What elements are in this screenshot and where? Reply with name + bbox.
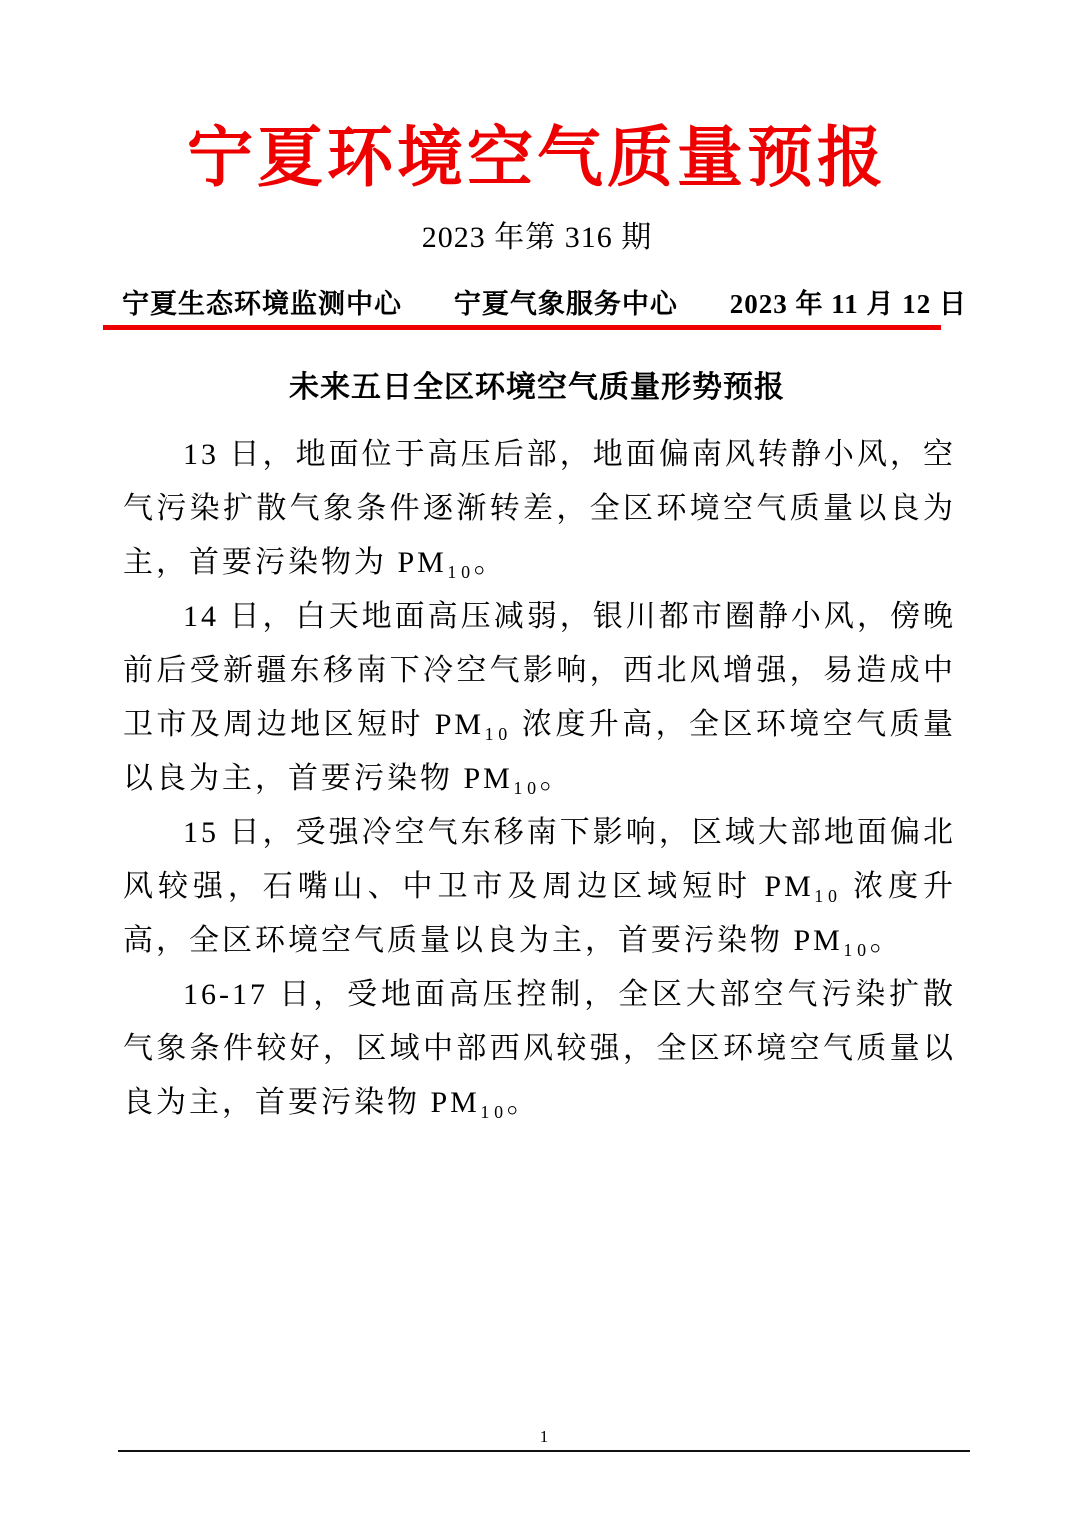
forecast-paragraph-day14: 14 日，白天地面高压减弱，银川都市圈静小风，傍晚前后受新疆东移南下冷空气影响，… [123,590,956,806]
footer-divider [118,1450,970,1452]
issuing-org-meteorological-center: 宁夏气象服务中心 [454,282,678,321]
issue-number: 2023 年第 316 期 [0,212,1074,256]
section-title: 未来五日全区环境空气质量形势预报 [0,362,1074,406]
forecast-paragraph-day13: 13 日，地面位于高压后部，地面偏南风转静小风，空气污染扩散气象条件逐渐转差，全… [123,428,956,590]
forecast-body: 13 日，地面位于高压后部，地面偏南风转静小风，空气污染扩散气象条件逐渐转差，全… [123,428,956,1130]
page-footer: 1 [118,1424,970,1452]
document-page: 宁夏环境空气质量预报 2023 年第 316 期 宁夏生态环境监测中心 宁夏气象… [0,0,1074,1520]
issuing-org-monitoring-center: 宁夏生态环境监测中心 [122,282,402,321]
forecast-paragraph-day15: 15 日，受强冷空气东移南下影响，区域大部地面偏北风较强，石嘴山、中卫市及周边区… [123,806,956,968]
document-title: 宁夏环境空气质量预报 [0,0,1074,198]
issue-date: 2023 年 11 月 12 日 [730,282,967,321]
forecast-paragraph-day16-17: 16-17 日，受地面高压控制，全区大部空气污染扩散气象条件较好，区域中部西风较… [123,968,956,1130]
red-divider [103,325,941,330]
masthead-row: 宁夏生态环境监测中心 宁夏气象服务中心 2023 年 11 月 12 日 [122,282,967,321]
page-number: 1 [118,1424,970,1450]
